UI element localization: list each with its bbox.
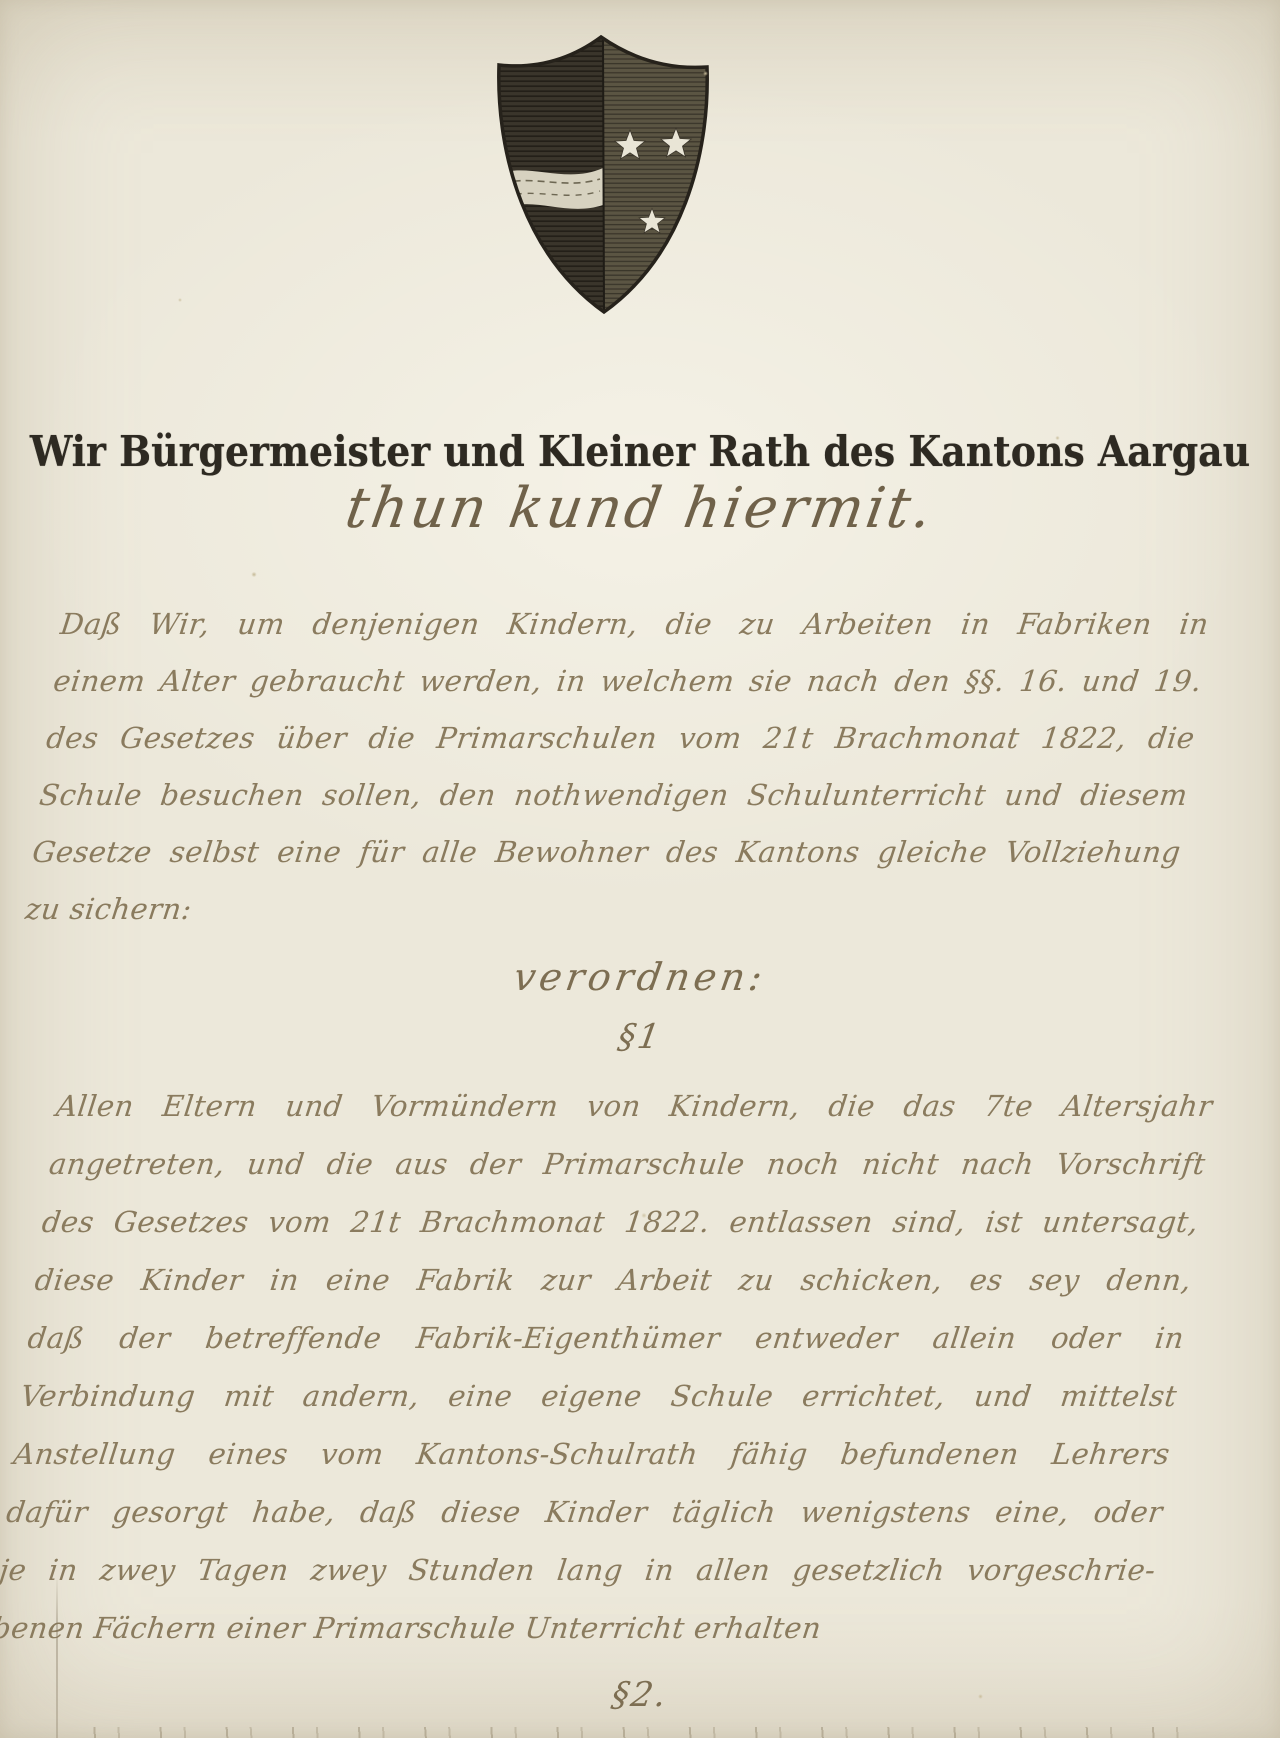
manuscript-line: Anstellung eines vom Kantons-Schulrath f… [10, 1425, 1173, 1483]
section-1-label: §1 [0, 1012, 1280, 1062]
manuscript-line: diese Kinder in eine Fabrik zur Arbeit z… [32, 1251, 1195, 1309]
manuscript-line: zu sichern: [22, 881, 1177, 938]
manuscript-line: des Gesetzes über die Primarschulen vom … [43, 710, 1198, 767]
manuscript-line: angetreten, und die aus der Primarschule… [46, 1135, 1209, 1193]
aargau-coat-of-arms [494, 34, 712, 322]
paper-speck [178, 298, 182, 302]
salutation-line: thun kund hiermit. [0, 472, 1280, 546]
manuscript-line: Allen Eltern und Vormündern von Kindern,… [53, 1077, 1216, 1135]
manuscript-line: Schule besuchen sollen, den nothwendigen… [36, 767, 1191, 824]
cropped-next-line [78, 1727, 1198, 1738]
manuscript-line: je in zwey Tagen zwey Stunden lang in al… [0, 1541, 1159, 1599]
manuscript-line: dafür gesorgt habe, daß diese Kinder täg… [3, 1483, 1166, 1541]
shield-right-field [603, 34, 712, 322]
manuscript-line: einem Alter gebraucht werden, in welchem… [50, 653, 1205, 710]
preamble-paragraph: Daß Wir, um denjenigen Kindern, die zu A… [22, 596, 1212, 938]
paper-speck [641, 1213, 647, 1218]
manuscript-line: Verbindung mit andern, eine eigene Schul… [17, 1367, 1180, 1425]
manuscript-line: daß der betreffende Fabrik-Eigenthümer e… [24, 1309, 1187, 1367]
section-1-paragraph: Allen Eltern und Vormündern von Kindern,… [0, 1077, 1216, 1657]
section-2-label: §2. [0, 1670, 1280, 1720]
manuscript-line: des Gesetzes vom 21t Brachmonat 1822. en… [39, 1193, 1202, 1251]
paper-speck [251, 572, 257, 577]
paper-speck [703, 71, 708, 76]
paper-speck [1055, 436, 1060, 440]
decree-word: verordnen: [0, 948, 1280, 1006]
manuscript-line: benen Fächern einer Primarschule Unterri… [0, 1599, 1152, 1657]
document-page: Wir Bürgermeister und Kleiner Rath des K… [0, 0, 1280, 1738]
paper-speck [978, 1694, 983, 1699]
manuscript-line: Daß Wir, um denjenigen Kindern, die zu A… [57, 596, 1212, 653]
manuscript-line: Gesetze selbst eine für alle Bewohner de… [29, 824, 1184, 881]
left-margin-crease [56, 1580, 58, 1738]
